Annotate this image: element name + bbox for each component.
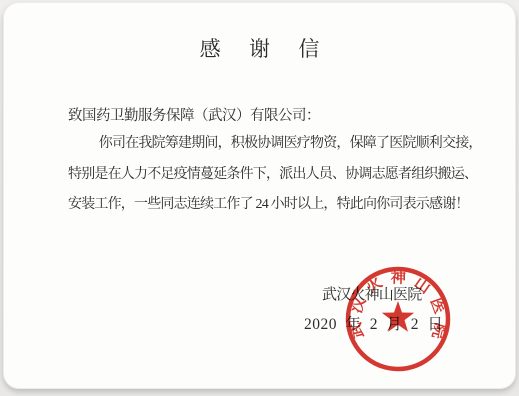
letter-page: 感 谢 信 致国药卫勤服务保障（武汉）有限公司： 你司在我院筹建期间，积极协调医… bbox=[3, 2, 516, 389]
body-line: 你司在我院筹建期间，积极协调医疗物资，保障了医院顺利交接， bbox=[68, 129, 468, 160]
hospital-seal: 武汉火神山医院 bbox=[343, 264, 453, 374]
letter-body: 你司在我院筹建期间，积极协调医疗物资，保障了医院顺利交接， 特别是在人力不足疫情… bbox=[68, 129, 468, 221]
star-icon bbox=[382, 301, 414, 332]
body-line: 安装工作，一些同志连续工作了 24 小时以上，特此向你司表示感谢！ bbox=[68, 190, 468, 221]
letter-title: 感 谢 信 bbox=[4, 33, 515, 63]
body-line: 特别是在人力不足疫情蔓延条件下，派出人员、协调志愿者组织搬运、 bbox=[68, 160, 468, 191]
letter-salutation: 致国药卫勤服务保障（武汉）有限公司： bbox=[68, 104, 320, 125]
screenshot-root: 感 谢 信 致国药卫勤服务保障（武汉）有限公司： 你司在我院筹建期间，积极协调医… bbox=[0, 0, 519, 396]
